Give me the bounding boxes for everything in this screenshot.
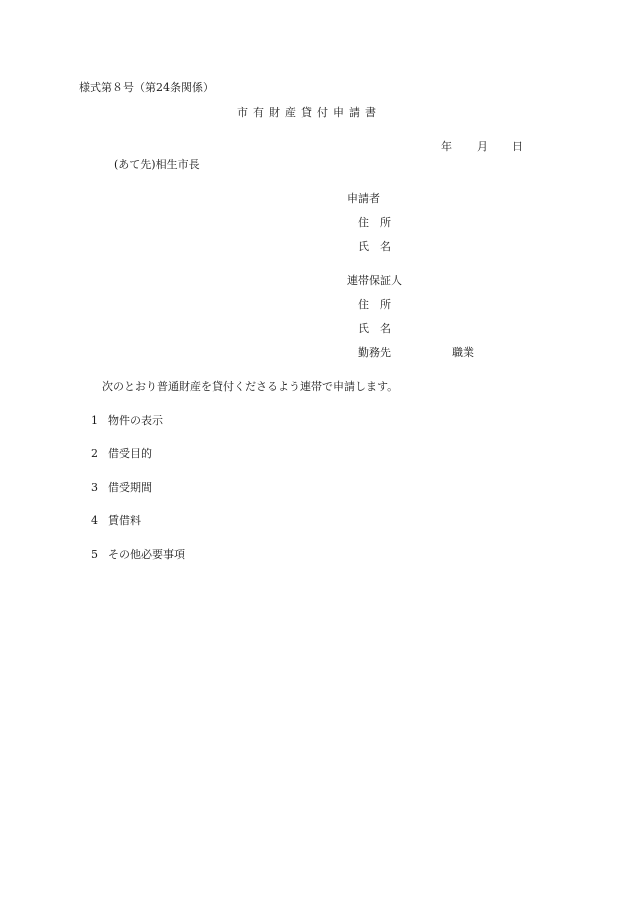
item-number: 3 bbox=[91, 481, 98, 495]
addressee: (あて先)相生市長 bbox=[114, 158, 200, 172]
guarantor-name-label: 氏名 bbox=[358, 322, 402, 336]
form-number: 様式第８号（第24条関係） bbox=[79, 81, 214, 95]
item-number: 4 bbox=[91, 514, 98, 528]
item-label: 借受期間 bbox=[108, 481, 152, 495]
body-text: 次のとおり普通財産を貸付くださるよう連帯で申請します。 bbox=[102, 380, 398, 394]
guarantor-address-label: 住所 bbox=[358, 298, 402, 312]
applicant-address-label: 住所 bbox=[358, 216, 402, 230]
applicant-name-label: 氏名 bbox=[358, 240, 402, 254]
document-title: 市有財産貸付申請書 bbox=[237, 106, 381, 120]
item-number: 5 bbox=[91, 548, 98, 562]
item-label: 賃借料 bbox=[108, 514, 141, 528]
item-number: 2 bbox=[91, 447, 98, 461]
month-label: 月 bbox=[477, 140, 488, 154]
day-label: 日 bbox=[512, 140, 523, 154]
guarantor-workplace-label: 勤務先 bbox=[358, 346, 391, 360]
item-number: 1 bbox=[91, 414, 98, 428]
guarantor-heading: 連帯保証人 bbox=[347, 274, 402, 288]
applicant-heading: 申請者 bbox=[347, 192, 380, 206]
year-label: 年 bbox=[441, 140, 452, 154]
item-label: 借受目的 bbox=[108, 447, 152, 461]
guarantor-occupation-label: 職業 bbox=[452, 346, 474, 360]
item-label: その他必要事項 bbox=[108, 548, 185, 562]
item-label: 物件の表示 bbox=[108, 414, 163, 428]
